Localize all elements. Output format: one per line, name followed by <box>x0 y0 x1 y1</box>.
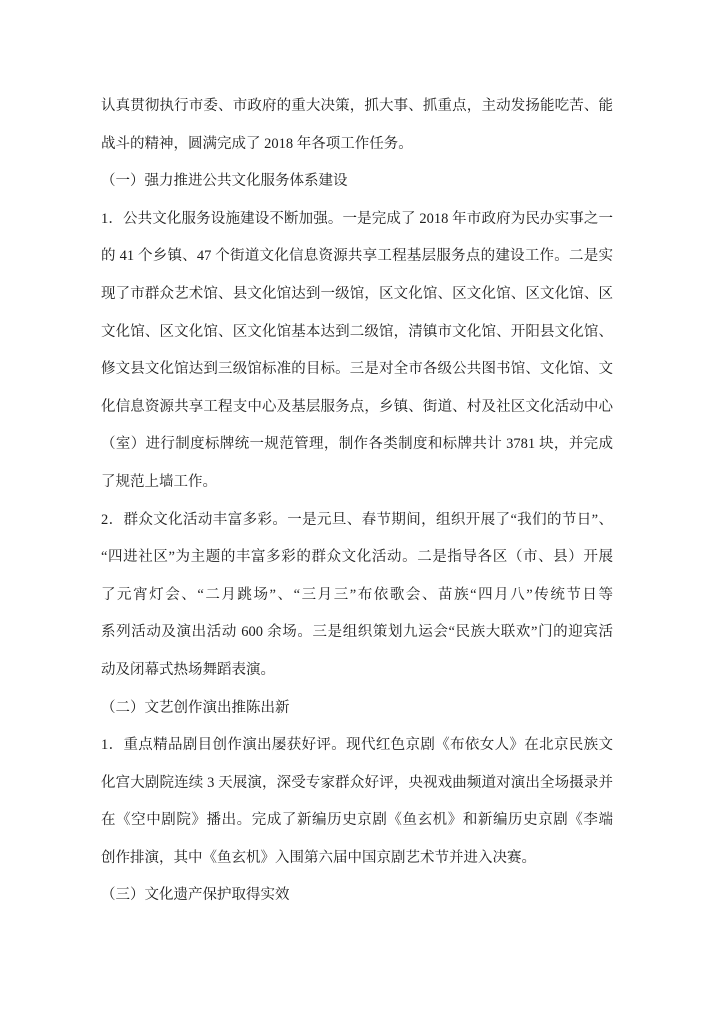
body-text-line: “四进社区”为主题的丰富多彩的群众文化活动。二是指导各区（市、县）开展 <box>101 539 613 577</box>
section-heading-line: （三）文化遗产保护取得实效 <box>101 877 613 915</box>
body-text-line: 创作排演，其中《鱼玄机》入围第六届中国京剧艺术节并进入决赛。 <box>101 840 613 878</box>
body-text-line: 化宫大剧院连续 3 天展演，深受专家群众好评，央视戏曲频道对演出全场摄录并 <box>101 765 613 803</box>
body-text-line: （室）进行制度标牌统一规范管理，制作各类制度和标牌共计 3781 块，并完成 <box>101 426 613 464</box>
body-text-line: 动及闭幕式热场舞蹈表演。 <box>101 652 613 690</box>
body-text-line: 修文县文化馆达到三级馆标准的目标。三是对全市各级公共图书馆、文化馆、文 <box>101 351 613 389</box>
body-text-line: 2．群众文化活动丰富多彩。一是元旦、春节期间，组织开展了“我们的节日”、 <box>101 502 613 540</box>
section-heading-line: （一）强力推进公共文化服务体系建设 <box>101 163 613 201</box>
body-text-line: 化信息资源共享工程支中心及基层服务点，乡镇、街道、村及社区文化活动中心 <box>101 389 613 427</box>
body-text-line: 在《空中剧院》播出。完成了新编历史京剧《鱼玄机》和新编历史京剧《李端棻》 <box>101 802 613 840</box>
body-text-line: 1．公共文化服务设施建设不断加强。一是完成了 2018 年市政府为民办实事之一 <box>101 201 613 239</box>
body-text-line: 战斗的精神，圆满完成了 2018 年各项工作任务。 <box>101 126 613 164</box>
body-text-line: 了元宵灯会、“二月跳场”、“三月三”布依歌会、苗族“四月八”传统节日等 <box>101 577 613 615</box>
body-text-line: 系列活动及演出活动 600 余场。三是组织策划九运会“民族大联欢”门的迎宾活 <box>101 614 613 652</box>
body-text-line: 了规范上墙工作。 <box>101 464 613 502</box>
body-text-line: 现了市群众艺术馆、县文化馆达到一级馆，区文化馆、区文化馆、区文化馆、区 <box>101 276 613 314</box>
body-text-line: 文化馆、区文化馆、区文化馆基本达到二级馆，清镇市文化馆、开阳县文化馆、 <box>101 314 613 352</box>
body-text-line: 认真贯彻执行市委、市政府的重大决策，抓大事、抓重点，主动发扬能吃苦、能 <box>101 88 613 126</box>
body-text-line: 1．重点精品剧目创作演出屡获好评。现代红色京剧《布依女人》在北京民族文 <box>101 727 613 765</box>
body-text-line: 的 41 个乡镇、47 个街道文化信息资源共享工程基层服务点的建设工作。二是实 <box>101 238 613 276</box>
document-page: 认真贯彻执行市委、市政府的重大决策，抓大事、抓重点，主动发扬能吃苦、能战斗的精神… <box>0 0 721 1020</box>
section-heading-line: （二）文艺创作演出推陈出新 <box>101 690 613 728</box>
document-body: 认真贯彻执行市委、市政府的重大决策，抓大事、抓重点，主动发扬能吃苦、能战斗的精神… <box>101 88 613 915</box>
